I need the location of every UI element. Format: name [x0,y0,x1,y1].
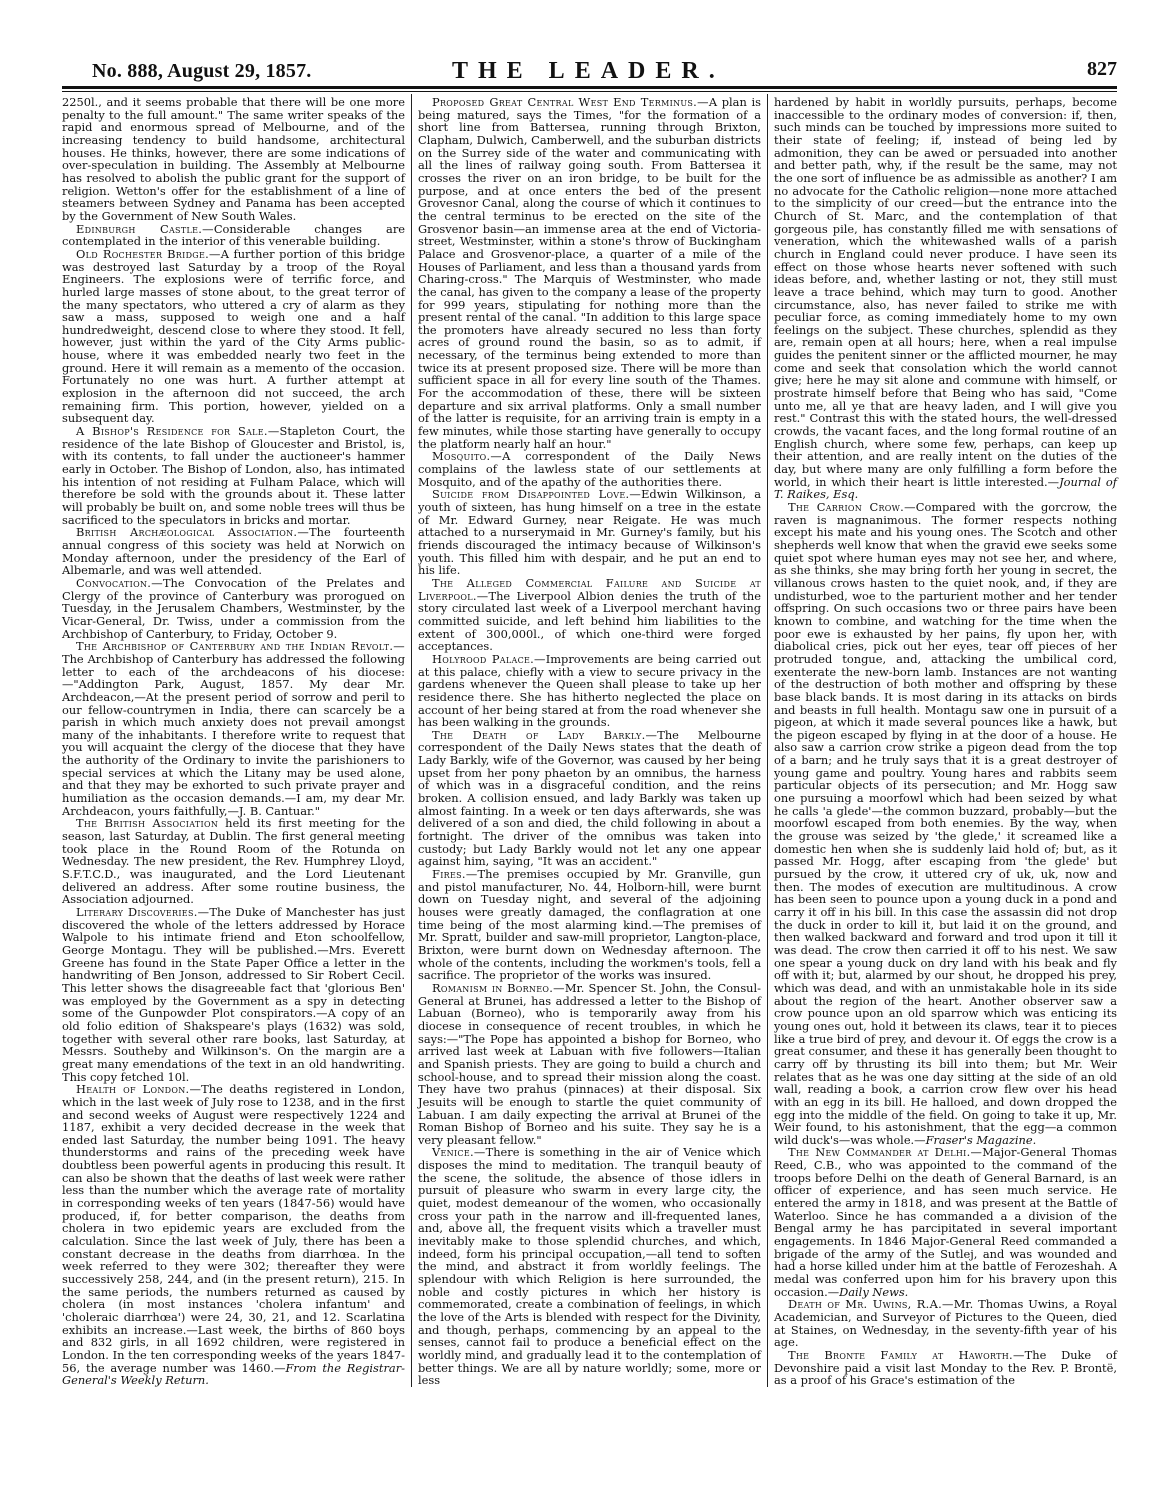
article-convocation: Convocation.—The Convocation of the Prel… [62,577,405,640]
article-health-of-london: Health of London.—The deaths registered … [62,1083,405,1387]
page-number: 827 [1087,58,1117,81]
article-new-commander-delhi: The New Commander at Delhi.—Major-Genera… [774,1146,1117,1298]
article-mosquito: Mosquito.—A correspondent of the Daily N… [418,450,761,488]
article-text: A plan is being matured, says the Times,… [418,95,761,451]
article-text: held its first meeting for the season, l… [62,816,405,906]
article-archaeological-association: British Archæological Association.—The f… [62,526,405,577]
article-west-end-terminus: Proposed Great Central West End Terminus… [418,96,761,450]
article-bishops-residence: A Bishop's Residence for Sale.—Stapleton… [62,425,405,526]
article-archbishop-indian-revolt: The Archbishop of Canterbury and the Ind… [62,640,405,817]
article-text: The Archbishop of Canterbury has address… [62,652,405,818]
column-2: Proposed Great Central West End Terminus… [411,94,767,1387]
article-death-mr-uwins: Death of Mr. Uwins, R.A.—Mr. Thomas Uwin… [774,1298,1117,1349]
article-british-association: The British Association held its first m… [62,817,405,906]
article-suicide-disappointed-love: Suicide from Disappointed Love.—Edwin Wi… [418,488,761,577]
column-1: 2250l., and it seems probable that there… [62,94,411,1387]
column-3: hardened by habit in worldly pursuits, p… [767,94,1117,1387]
newspaper-title: THE LEADER. [452,58,725,85]
article-text: 2250l., and it seems probable that there… [62,95,405,223]
article-edinburgh-castle: Edinburgh Castle.—Considerable changes a… [62,223,405,248]
article-text: Compared with the gorcrow, the raven is … [774,500,1117,1147]
article-text: The deaths registered in London, which i… [62,1082,405,1374]
article-bronte-family: The Bronte Family at Haworth.—The Duke o… [774,1349,1117,1387]
article-melbourne-cont: 2250l., and it seems probable that there… [62,96,405,223]
newspaper-page: No. 888, August 29, 1857. THE LEADER. 82… [62,56,1117,1387]
article-carrion-crow: The Carrion Crow.—Compared with the gorc… [774,501,1117,1146]
article-fires: Fires.—The premises occupied by Mr. Gran… [418,868,761,982]
article-venice: Venice.—There is something in the air of… [418,1146,761,1386]
article-text: A further portion of this bridge was des… [62,247,405,426]
masthead: No. 888, August 29, 1857. THE LEADER. 82… [62,56,1117,84]
masthead-rule-thin [62,91,1117,92]
article-text: Stapleton Court, the residence of the la… [62,424,405,527]
article-text: Major-General Thomas Reed, C.B., who was… [774,1145,1117,1298]
article-text: Mr. Spencer St. John, the Consul-General… [418,981,761,1147]
article-death-lady-barkly: The Death of Lady Barkly.—The Melbourne … [418,729,761,868]
article-text: Edwin Wilkinson, a youth of sixteen, has… [418,487,761,577]
article-romanism-borneo: Romanism in Borneo.—Mr. Spencer St. John… [418,982,761,1147]
article-liverpool-failure: The Alleged Commercial Failure and Suici… [418,577,761,653]
article-literary-discoveries: Literary Discoveries.—The Duke of Manche… [62,906,405,1083]
article-text: The premises occupied by Mr. Granville, … [418,867,761,982]
article-holyrood-palace: Holyrood Palace.—Improvements are being … [418,653,761,729]
article-text: hardened by habit in worldly pursuits, p… [774,95,1117,489]
masthead-rule-thick [62,86,1117,89]
article-text: The Melbourne correspondent of the Daily… [418,728,761,869]
issue-line: No. 888, August 29, 1857. [92,60,311,83]
article-columns: 2250l., and it seems probable that there… [62,94,1117,1387]
article-old-rochester-bridge: Old Rochester Bridge.—A further portion … [62,248,405,425]
article-venice-cont: hardened by habit in worldly pursuits, p… [774,96,1117,501]
article-text: The Duke of Manchester has just discover… [62,905,405,1084]
article-text: There is something in the air of Venice … [418,1145,761,1387]
